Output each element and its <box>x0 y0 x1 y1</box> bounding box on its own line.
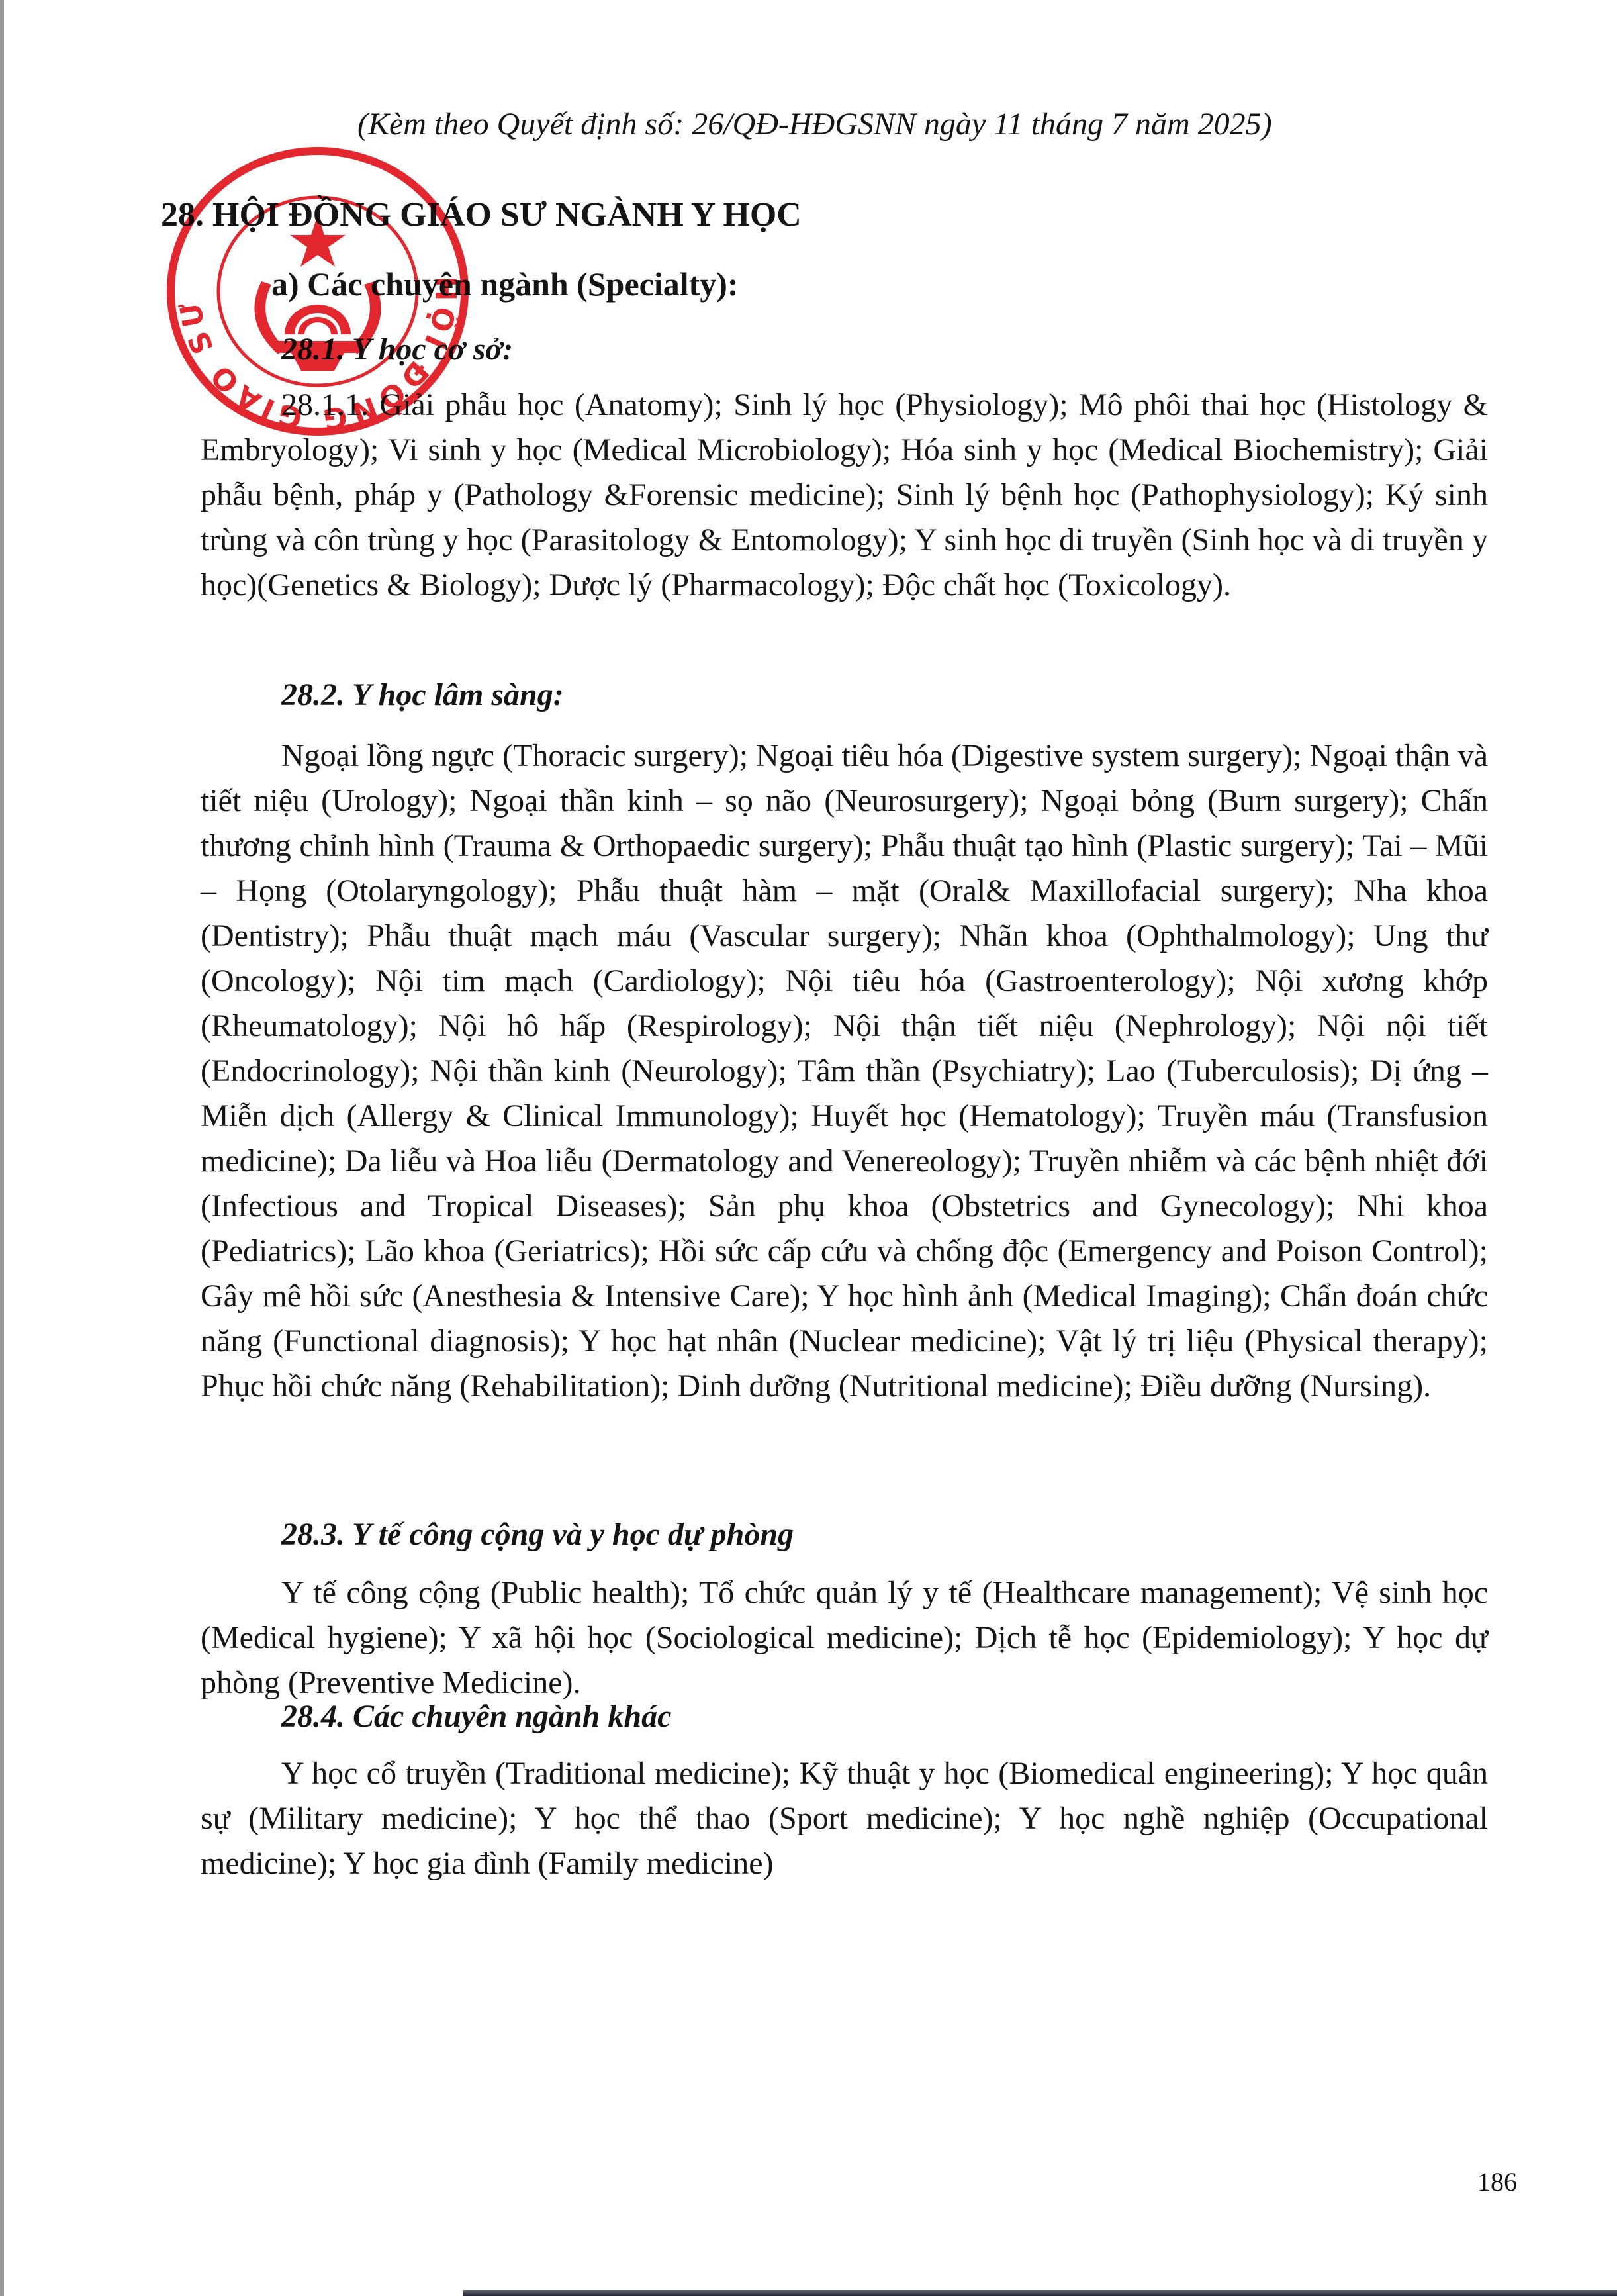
subsection-heading-28-1: 28.1. Y học cơ sở: <box>281 331 513 367</box>
subsection-body-28-2: Ngoại lồng ngực (Thoracic surgery); Ngoạ… <box>201 734 1488 1409</box>
annex-note: (Kèm theo Quyết định số: 26/QĐ-HĐGSNN ng… <box>357 106 1377 142</box>
subsection-body-28-1: 28.1.1. Giải phẫu học (Anatomy); Sinh lý… <box>201 383 1488 608</box>
subsection-heading-28-2: 28.2. Y học lâm sàng: <box>281 677 564 713</box>
subsection-heading-28-3: 28.3. Y tế công cộng và y học dự phòng <box>281 1516 794 1553</box>
section-title: 28. HỘI ĐỒNG GIÁO SƯ NGÀNH Y HỌC <box>161 195 802 234</box>
document-page: (Kèm theo Quyết định số: 26/QĐ-HĐGSNN ng… <box>0 0 1617 2296</box>
subsection-body-28-4: Y học cổ truyền (Traditional medicine); … <box>201 1751 1488 1886</box>
subsection-heading-28-4: 28.4. Các chuyên ngành khác <box>281 1698 671 1735</box>
page-number: 186 <box>1477 2166 1517 2197</box>
specialty-subheading: a) Các chuyên ngành (Specialty): <box>271 265 739 303</box>
subsection-body-28-3: Y tế công cộng (Public health); Tổ chức … <box>201 1570 1488 1705</box>
